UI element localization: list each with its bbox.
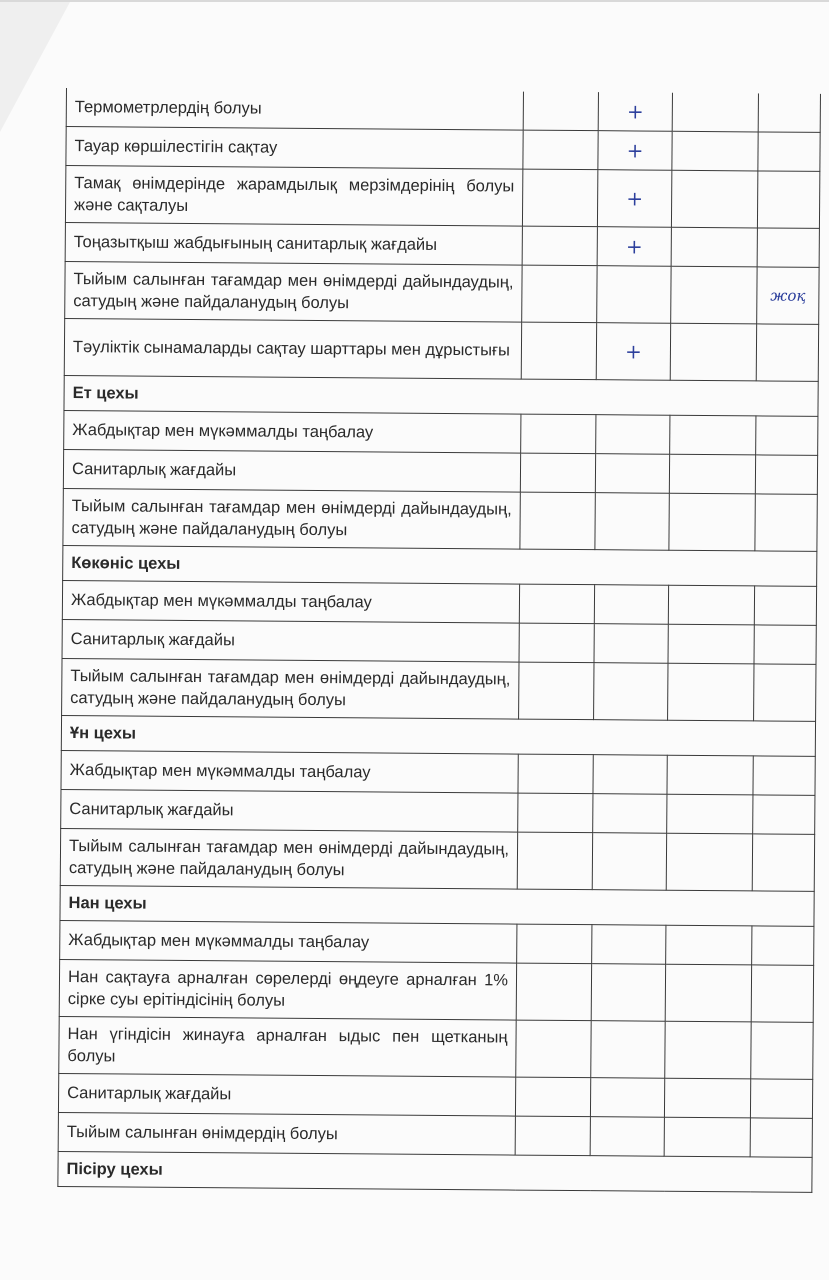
section-header-row: Көкөніс цехы: [63, 545, 817, 586]
checklist-row: Санитарлық жағдайы: [62, 619, 816, 664]
requirement-label: Тыйым салынған тағамдар мен өнімдерді да…: [60, 828, 517, 889]
checklist-row: Тыйым салынған тағамдар мен өнімдерді да…: [63, 488, 817, 551]
inspection-checklist-table: Термометрлердің болуы+Тауар көршілестігі…: [57, 88, 821, 1193]
mark-cell[interactable]: [669, 454, 755, 494]
mark-cell[interactable]: [668, 663, 754, 721]
mark-cell[interactable]: [522, 265, 597, 323]
mark-cell[interactable]: [594, 624, 668, 664]
mark-cell[interactable]: [751, 965, 813, 1022]
mark-cell[interactable]: [750, 1118, 812, 1157]
section-header-row: Пісіру цехы: [58, 1151, 812, 1192]
mark-cell[interactable]: [664, 1078, 750, 1118]
mark-cell[interactable]: [594, 663, 668, 721]
requirement-label: Санитарлық жағдайы: [61, 789, 518, 832]
mark-cell[interactable]: [523, 130, 598, 170]
requirement-label: Санитарлық жағдайы: [58, 1073, 515, 1116]
mark-cell[interactable]: [755, 494, 817, 551]
mark-cell[interactable]: [753, 756, 815, 795]
checklist-row: Тауар көршілестігін сақтау+: [66, 127, 820, 172]
handwritten-plus-mark[interactable]: +: [596, 323, 670, 381]
handwritten-plus-mark[interactable]: +: [597, 170, 671, 228]
section-header-row: Нан цехы: [60, 885, 814, 926]
mark-cell[interactable]: [666, 925, 752, 965]
requirement-label: Тоңазытқыш жабдығының санитарлық жағдайы: [65, 222, 522, 265]
mark-cell[interactable]: [518, 754, 593, 794]
requirement-label: Термометрлердің болуы: [66, 88, 523, 130]
requirement-label: Жабдықтар мен мүкәммалды таңбалау: [62, 580, 519, 623]
mark-cell[interactable]: [670, 323, 756, 381]
checklist-row: Нан үгіндісін жинауға арналған ыдыс пен …: [59, 1016, 813, 1079]
requirement-label: Тауар көршілестігін сақтау: [66, 127, 523, 170]
requirement-label: Тыйым салынған тағамдар мен өнімдерді да…: [62, 658, 519, 719]
handwritten-plus-mark[interactable]: +: [597, 227, 671, 267]
mark-cell[interactable]: [520, 453, 595, 493]
requirement-label: Тыйым салынған өнімдердің болуы: [58, 1112, 515, 1155]
section-title: Көкөніс цехы: [63, 545, 817, 586]
mark-cell[interactable]: [595, 454, 669, 494]
checklist-row: Тыйым салынған тағамдар мен өнімдерді да…: [65, 261, 819, 324]
mark-cell[interactable]: [756, 324, 818, 381]
handwritten-plus-mark[interactable]: +: [598, 92, 672, 131]
mark-cell[interactable]: [752, 834, 814, 891]
requirement-label: Жабдықтар мен мүкәммалды таңбалау: [60, 920, 517, 963]
mark-cell[interactable]: [672, 131, 758, 171]
mark-cell[interactable]: [666, 833, 752, 891]
mark-cell[interactable]: [516, 963, 591, 1021]
mark-cell[interactable]: [594, 585, 668, 625]
mark-cell[interactable]: [752, 926, 814, 965]
mark-cell[interactable]: [754, 625, 816, 664]
mark-cell[interactable]: [591, 964, 665, 1022]
mark-cell[interactable]: [669, 493, 755, 551]
mark-cell[interactable]: [754, 664, 816, 721]
mark-cell[interactable]: [671, 170, 757, 228]
mark-cell[interactable]: [523, 92, 598, 131]
requirement-label: Жабдықтар мен мүкәммалды таңбалау: [61, 750, 518, 793]
section-header-row: Ет цехы: [64, 375, 818, 416]
mark-cell[interactable]: [519, 584, 594, 624]
mark-cell[interactable]: [668, 624, 754, 664]
mark-cell[interactable]: [593, 794, 667, 834]
checklist-row: Тамақ өнімдерінде жарамдылық мерзімдерін…: [65, 166, 819, 229]
mark-cell[interactable]: [590, 1117, 664, 1157]
mark-cell[interactable]: [751, 1022, 813, 1079]
mark-cell[interactable]: [758, 93, 820, 132]
handwritten-plus-mark[interactable]: +: [598, 131, 672, 171]
mark-cell[interactable]: [519, 662, 594, 720]
mark-cell[interactable]: [590, 1078, 664, 1118]
mark-cell[interactable]: [515, 1077, 590, 1117]
checklist-row: Тыйым салынған тағамдар мен өнімдерді да…: [60, 828, 814, 891]
mark-cell[interactable]: [672, 93, 758, 132]
checklist-row: Термометрлердің болуы+: [66, 88, 820, 132]
requirement-label: Санитарлық жағдайы: [63, 449, 520, 492]
mark-cell[interactable]: [754, 586, 816, 625]
checklist-row: Тыйым салынған тағамдар мен өнімдерді да…: [62, 658, 816, 721]
mark-cell[interactable]: [591, 1021, 665, 1079]
checklist-sheet: Термометрлердің болуы+Тауар көршілестігі…: [57, 88, 820, 1193]
mark-cell[interactable]: [667, 794, 753, 834]
mark-cell[interactable]: [518, 793, 593, 833]
checklist-row: Тоңазытқыш жабдығының санитарлық жағдайы…: [65, 222, 819, 267]
mark-cell[interactable]: [757, 171, 819, 228]
section-title: Пісіру цехы: [58, 1151, 812, 1192]
mark-cell[interactable]: [517, 832, 592, 890]
mark-cell[interactable]: [522, 226, 597, 266]
mark-cell[interactable]: [667, 755, 753, 795]
mark-cell[interactable]: [750, 1079, 812, 1118]
checklist-row: Жабдықтар мен мүкәммалды таңбалау: [62, 580, 816, 625]
checklist-row: Санитарлық жағдайы: [61, 789, 815, 834]
mark-cell[interactable]: [757, 228, 819, 267]
requirement-label: Тәуліктік сынамаларды сақтау шарттары ме…: [64, 318, 521, 379]
checklist-row: Тыйым салынған өнімдердің болуы: [58, 1112, 812, 1157]
mark-cell[interactable]: [597, 266, 671, 324]
page-fold-shadow: [0, 2, 70, 132]
paper-page: Термометрлердің болуы+Тауар көршілестігі…: [0, 2, 829, 1280]
mark-cell[interactable]: [665, 1021, 751, 1079]
checklist-row: Санитарлық жағдайы: [63, 449, 817, 494]
requirement-label: Тамақ өнімдерінде жарамдылық мерзімдерін…: [65, 166, 522, 227]
mark-cell[interactable]: [596, 415, 670, 455]
checklist-row: Жабдықтар мен мүкәммалды таңбалау: [64, 410, 818, 455]
requirement-label: Тыйым салынған тағамдар мен өнімдерді да…: [63, 488, 520, 549]
mark-cell[interactable]: [522, 169, 597, 227]
mark-cell[interactable]: [755, 455, 817, 494]
mark-cell[interactable]: [668, 585, 754, 625]
mark-cell[interactable]: [520, 492, 595, 550]
requirement-label: Санитарлық жағдайы: [62, 619, 519, 662]
mark-cell[interactable]: [595, 493, 669, 551]
mark-cell[interactable]: [519, 623, 594, 663]
mark-cell[interactable]: [515, 1116, 590, 1156]
checklist-row: Тәуліктік сынамаларды сақтау шарттары ме…: [64, 318, 818, 381]
mark-cell[interactable]: [758, 132, 820, 171]
mark-cell[interactable]: [753, 795, 815, 834]
checklist-row: Нан сақтауға арналған сөрелерді өңдеуге …: [59, 959, 813, 1022]
section-header-row: Ұн цехы: [61, 715, 815, 756]
section-title: Нан цехы: [60, 885, 814, 926]
mark-cell[interactable]: [671, 266, 757, 324]
checklist-row: Жабдықтар мен мүкәммалды таңбалау: [61, 750, 815, 795]
requirement-label: Тыйым салынған тағамдар мен өнімдерді да…: [65, 261, 522, 322]
handwritten-note[interactable]: жоқ: [757, 267, 819, 324]
requirement-label: Нан үгіндісін жинауға арналған ыдыс пен …: [59, 1016, 516, 1077]
mark-cell[interactable]: [670, 415, 756, 455]
checklist-row: Санитарлық жағдайы: [58, 1073, 812, 1118]
mark-cell[interactable]: [516, 1020, 591, 1078]
section-title: Ұн цехы: [61, 715, 815, 756]
requirement-label: Жабдықтар мен мүкәммалды таңбалау: [64, 410, 521, 453]
mark-cell[interactable]: [592, 833, 666, 891]
checklist-row: Жабдықтар мен мүкәммалды таңбалау: [60, 920, 814, 965]
mark-cell[interactable]: [593, 755, 667, 795]
mark-cell[interactable]: [664, 1117, 750, 1157]
mark-cell[interactable]: [521, 322, 596, 380]
mark-cell[interactable]: [517, 924, 592, 964]
mark-cell[interactable]: [756, 416, 818, 455]
mark-cell[interactable]: [665, 964, 751, 1022]
mark-cell[interactable]: [521, 414, 596, 454]
mark-cell[interactable]: [671, 227, 757, 267]
section-title: Ет цехы: [64, 375, 818, 416]
requirement-label: Нан сақтауға арналған сөрелерді өңдеуге …: [59, 959, 516, 1020]
mark-cell[interactable]: [592, 925, 666, 965]
